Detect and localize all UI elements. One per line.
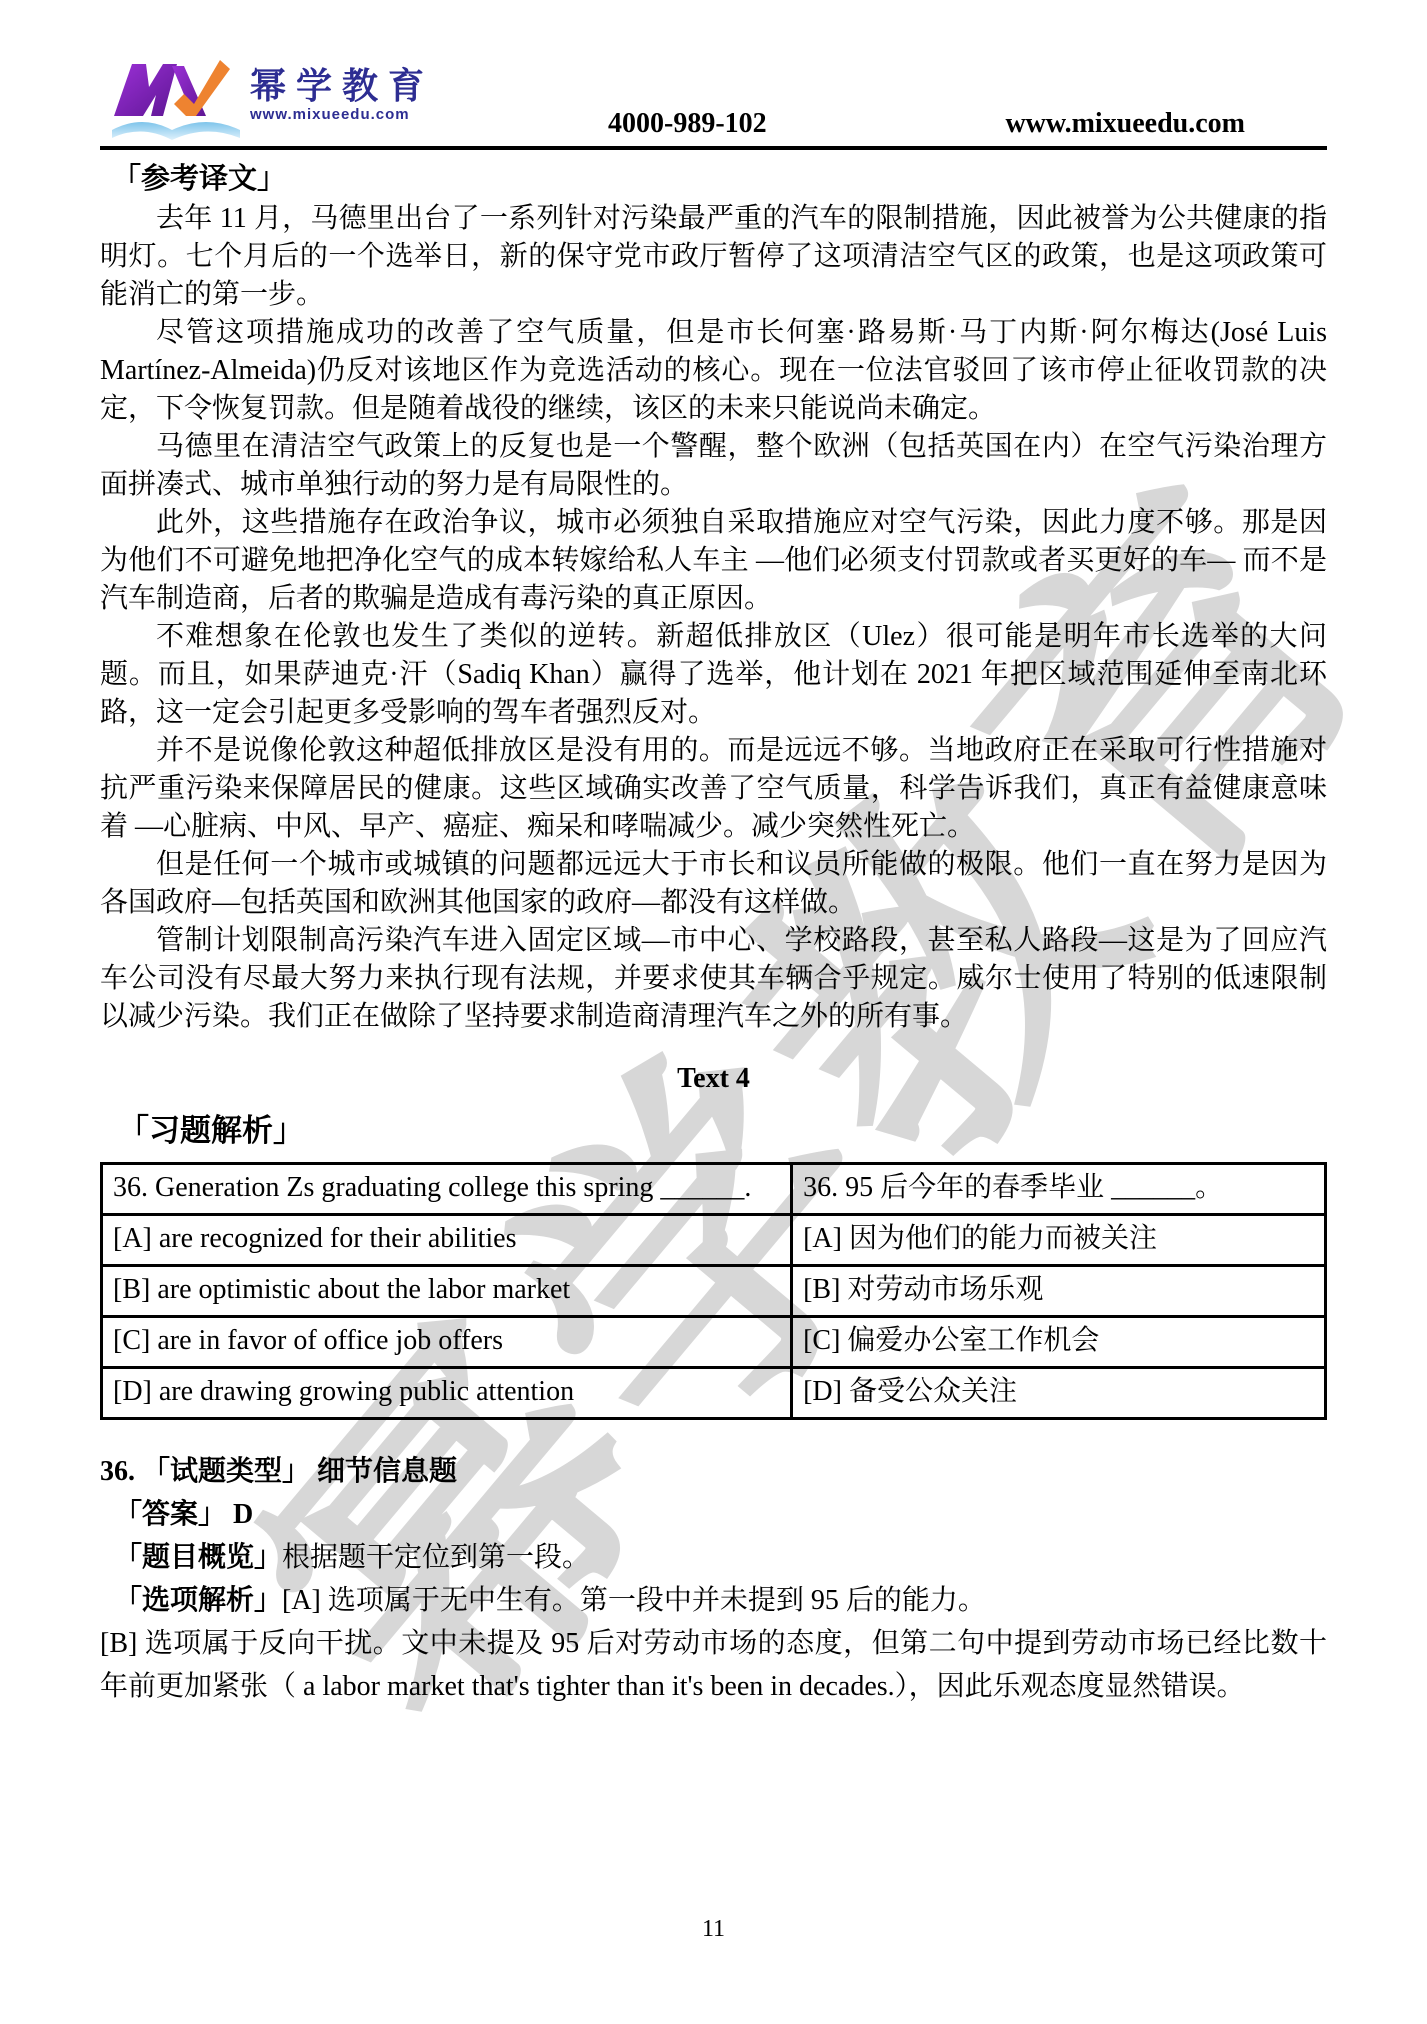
header: 幂学教育 www.mixueedu.com 4000-989-102 www.m…	[0, 0, 1427, 146]
logo: 幂学教育 www.mixueedu.com	[112, 56, 434, 144]
page-number: 11	[0, 1916, 1427, 1943]
question-table: 36. Generation Zs graduating college thi…	[100, 1162, 1327, 1420]
text4-heading: Text 4	[0, 1062, 1427, 1096]
translation-heading: 「参考译文」	[112, 158, 1327, 200]
option-c-en-cell: [C] are in favor of office job offers	[102, 1317, 792, 1368]
analysis-option-a-text: [A] 选项属于无中生有。第一段中并未提到 95 后的能力。	[282, 1585, 986, 1616]
translation-paragraph: 不难想象在伦敦也发生了类似的逆转。新超低排放区（Ulez）很可能是明年市长选举的…	[100, 618, 1327, 732]
option-d-en-cell: [D] are drawing growing public attention	[102, 1368, 792, 1419]
option-b-en-cell: [B] are optimistic about the labor marke…	[102, 1266, 792, 1317]
translation-section: 「参考译文」 去年 11 月，马德里出台了一系列针对污染最严重的汽车的限制措施，…	[0, 150, 1427, 1036]
table-row-option-c: [C] are in favor of office job offers [C…	[102, 1317, 1326, 1368]
table-row-option-a: [A] are recognized for their abilities […	[102, 1215, 1326, 1266]
logo-m-shape	[114, 64, 177, 116]
question-zh-cell: 36. 95 后今年的春季毕业 ______。	[792, 1164, 1326, 1215]
option-c-zh-cell: [C] 偏爱办公室工作机会	[792, 1317, 1326, 1368]
table-row-option-b: [B] are optimistic about the labor marke…	[102, 1266, 1326, 1317]
analysis-overview: 「题目概览」根据题干定位到第一段。	[100, 1536, 1327, 1579]
analysis-answer: 「答案」 D	[100, 1493, 1327, 1536]
header-website: www.mixueedu.com	[1005, 108, 1245, 140]
option-a-en-cell: [A] are recognized for their abilities	[102, 1215, 792, 1266]
exercise-heading: 「习题解析」	[118, 1112, 1427, 1150]
header-phone-number: 4000-989-102	[608, 108, 767, 140]
translation-paragraph: 去年 11 月，马德里出台了一系列针对污染最严重的汽车的限制措施，因此被誉为公共…	[100, 200, 1327, 314]
logo-wave-shape	[112, 122, 240, 140]
analysis-overview-label: 「题目概览」	[114, 1542, 282, 1573]
option-a-zh-cell: [A] 因为他们的能力而被关注	[792, 1215, 1326, 1266]
translation-paragraph: 马德里在清洁空气政策上的反复也是一个警醒，整个欧洲（包括英国在内）在空气污染治理…	[100, 428, 1327, 504]
page: 幂学教育	[0, 0, 1427, 2024]
table-row-question: 36. Generation Zs graduating college thi…	[102, 1164, 1326, 1215]
translation-paragraph: 尽管这项措施成功的改善了空气质量，但是市长何塞·路易斯·马丁内斯·阿尔梅达(Jo…	[100, 314, 1327, 428]
analysis-option-b: [B] 选项属于反向干扰。文中未提及 95 后对劳动市场的态度，但第二句中提到劳…	[100, 1622, 1327, 1708]
option-d-zh-cell: [D] 备受公众关注	[792, 1368, 1326, 1419]
analysis-section: 36. 「试题类型」 细节信息题 「答案」 D 「题目概览」根据题干定位到第一段…	[0, 1420, 1427, 1708]
question-en-cell: 36. Generation Zs graduating college thi…	[102, 1164, 792, 1215]
logo-brand-text: 幂学教育	[250, 66, 434, 106]
translation-paragraph: 并不是说像伦敦这种超低排放区是没有用的。而是远远不够。当地政府正在采取可行性措施…	[100, 732, 1327, 846]
logo-brand-url: www.mixueedu.com	[250, 106, 434, 124]
analysis-overview-text: 根据题干定位到第一段。	[282, 1542, 590, 1573]
analysis-option-a: 「选项解析」[A] 选项属于无中生有。第一段中并未提到 95 后的能力。	[100, 1579, 1327, 1622]
mx-logo-icon	[112, 56, 240, 144]
table-row-option-d: [D] are drawing growing public attention…	[102, 1368, 1326, 1419]
analysis-question-type: 36. 「试题类型」 细节信息题	[100, 1450, 1327, 1493]
page-content: 幂学教育 www.mixueedu.com 4000-989-102 www.m…	[0, 0, 1427, 1708]
translation-paragraph: 此外，这些措施存在政治争议，城市必须独自采取措施应对空气污染，因此力度不够。那是…	[100, 504, 1327, 618]
analysis-options-label: 「选项解析」	[114, 1585, 282, 1616]
option-b-zh-cell: [B] 对劳动市场乐观	[792, 1266, 1326, 1317]
translation-paragraph: 管制计划限制高污染汽车进入固定区域—市中心、学校路段，甚至私人路段—这是为了回应…	[100, 922, 1327, 1036]
logo-text-block: 幂学教育 www.mixueedu.com	[250, 66, 434, 124]
translation-paragraph: 但是任何一个城市或城镇的问题都远远大于市长和议员所能做的极限。他们一直在努力是因…	[100, 846, 1327, 922]
